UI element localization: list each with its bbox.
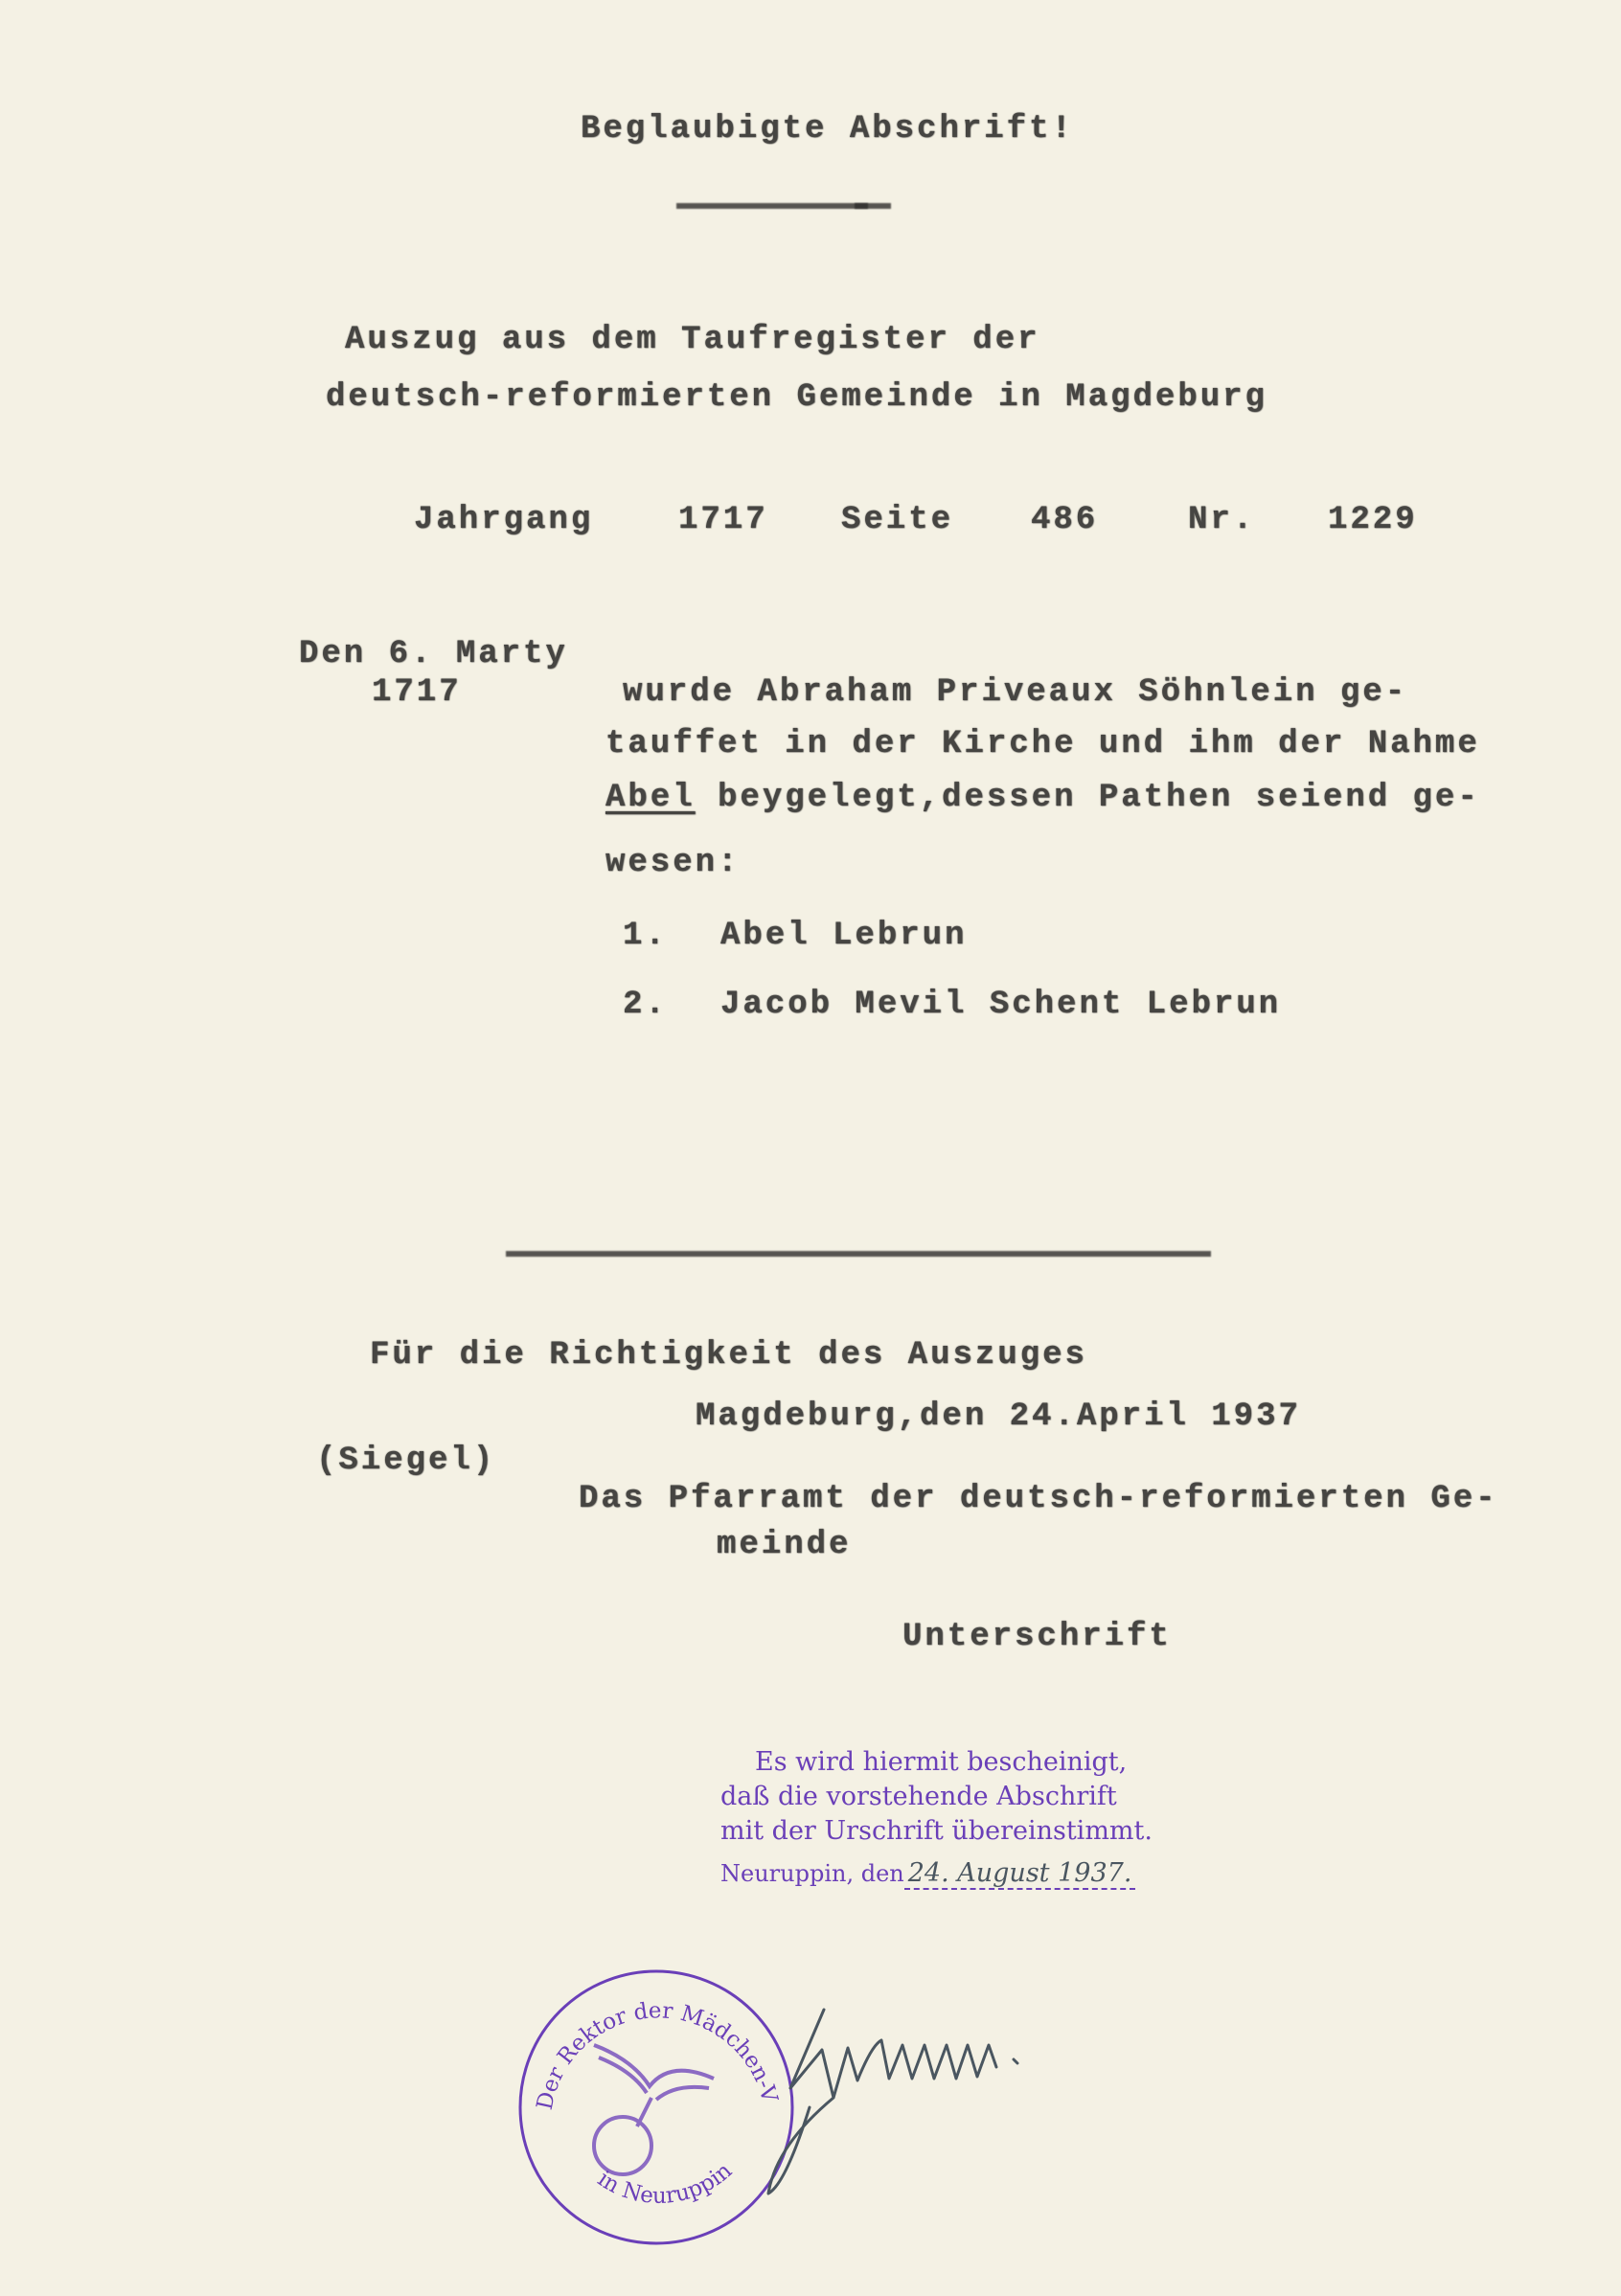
cert-line3: mit der Urschrift übereinstimmt. (720, 1814, 1153, 1849)
attestation-place-date: Magdeburg,den 24.April 1937 (696, 1398, 1301, 1435)
cert-place-line: Neuruppin, den24. August 1937. (720, 1856, 1153, 1891)
godparent-1-number: 1. (623, 918, 668, 954)
entry-text-line1: wurde Abraham Priveaux Söhnlein ge- (623, 674, 1407, 711)
page-label: Seite (841, 502, 953, 538)
number-label: Nr. (1188, 502, 1255, 538)
godparent-2-name: Jacob Mevil Schent Lebrun (720, 987, 1281, 1023)
document-page: Beglaubigte Abschrift! Auszug aus dem Ta… (0, 0, 1621, 2296)
heading-underline (676, 203, 868, 209)
register-title-line1: Auszug aus dem Taufregister der (345, 322, 1040, 358)
certification-stamp: Es wird hiermit bescheinigt, daß die vor… (720, 1745, 1153, 1891)
year-value: 1717 (678, 502, 768, 538)
number-value: 1229 (1328, 502, 1418, 538)
attestation-line1: Für die Richtigkeit des Auszuges (370, 1337, 1087, 1374)
year-label: Jahrgang (414, 502, 593, 538)
baptismal-name: Abel (605, 780, 696, 816)
entry-text-line4: wesen: (605, 845, 740, 881)
seal-note: (Siegel) (316, 1443, 495, 1479)
page-value: 486 (1031, 502, 1098, 538)
office-line1: Das Pfarramt der deutsch-reformierten Ge… (579, 1481, 1498, 1517)
heading-underline-short (855, 203, 891, 209)
signature-stroke (768, 2010, 1017, 2194)
register-title-line2: deutsch-reformierten Gemeinde in Magdebu… (326, 379, 1267, 416)
seal-text-bottom: in Neuruppin (593, 2158, 737, 2209)
document-heading: Beglaubigte Abschrift! (581, 111, 1074, 148)
godparent-1-name: Abel Lebrun (720, 918, 967, 954)
entry-text-line3: Abel beygelegt,dessen Pathen seiend ge- (605, 780, 1480, 816)
entry-date-line1: Den 6. Marty (299, 636, 568, 672)
section-divider (506, 1251, 1211, 1257)
cert-line1: Es wird hiermit bescheinigt, (720, 1745, 1153, 1780)
godparent-2-number: 2. (623, 987, 668, 1023)
handwritten-date: 24. August 1937. (904, 1858, 1136, 1890)
signature-note: Unterschrift (902, 1619, 1172, 1655)
handwritten-signature (766, 1992, 1102, 2213)
entry-date-line2: 1717 (372, 674, 462, 711)
cert-line2: daß die vorstehende Abschrift (720, 1780, 1153, 1814)
entry-text-line2: tauffet in der Kirche und ihm der Nahme (605, 726, 1480, 762)
office-line2: meinde (717, 1527, 851, 1563)
seal-emblem-icon (594, 2045, 714, 2174)
